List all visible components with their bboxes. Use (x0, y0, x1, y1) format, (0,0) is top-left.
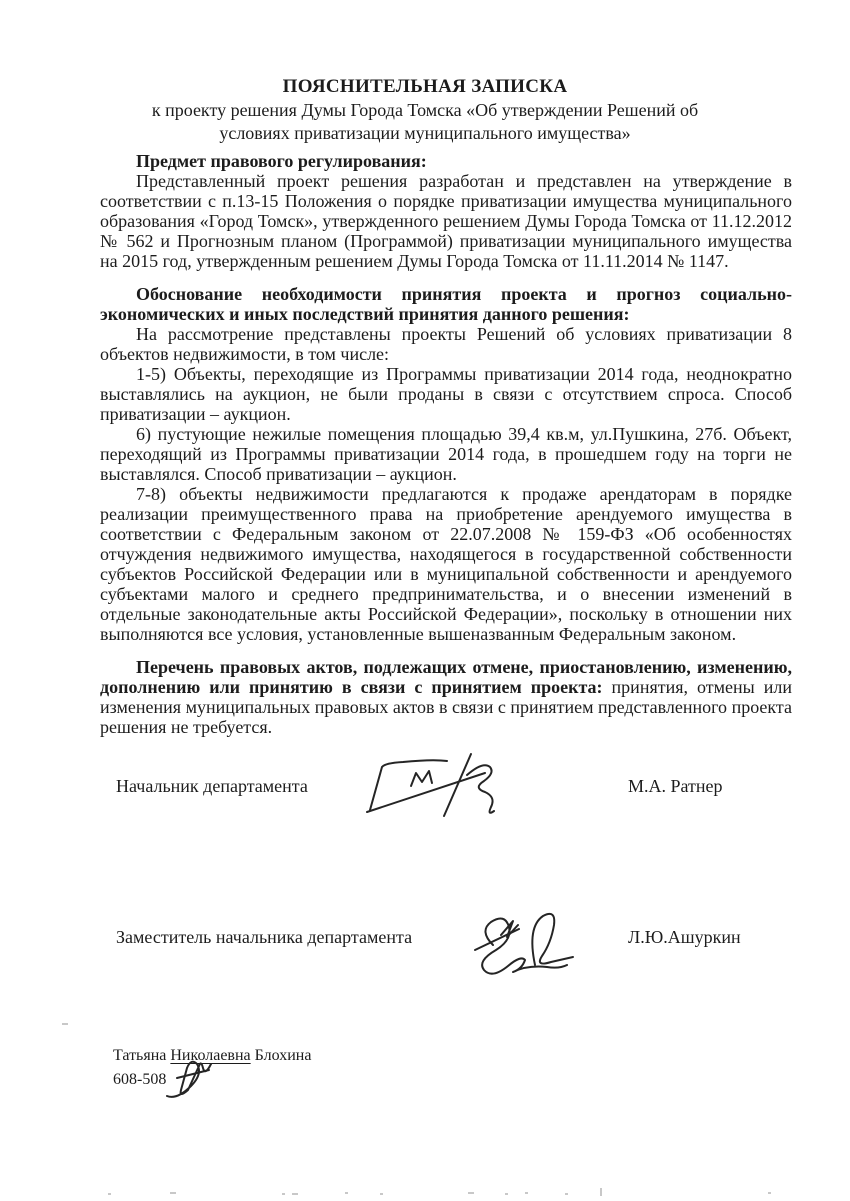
document-body: Предмет правового регулирования: Предста… (100, 151, 792, 737)
signature-name-deputy: Л.Ю.Ашуркин (628, 927, 741, 948)
scan-artifact (170, 1192, 176, 1194)
scan-artifact (108, 1193, 111, 1195)
document-subtitle: к проекту решения Думы Города Томска «Об… (125, 99, 725, 145)
scan-artifact (505, 1193, 508, 1195)
scan-artifact (525, 1192, 528, 1194)
scan-artifact (768, 1192, 771, 1194)
scan-artifact (62, 1023, 68, 1025)
section-heading-justification: Обоснование необходимости принятия проек… (100, 284, 792, 324)
paragraph-items-1-5: 1-5) Объекты, переходящие из Программы п… (100, 364, 792, 424)
scan-artifact (345, 1192, 348, 1194)
scan-artifact (600, 1188, 602, 1196)
scan-artifact (292, 1193, 298, 1195)
paragraph-item-6: 6) пустующие нежилые помещения площадью … (100, 424, 792, 484)
scan-artifact (282, 1193, 285, 1195)
scan-artifact (380, 1193, 383, 1195)
scanned-document-page: ПОЯСНИТЕЛЬНАЯ ЗАПИСКА к проекту решения … (0, 0, 850, 1201)
signature-position-head: Начальник департамента (116, 776, 308, 797)
paragraph-subject-body: Представленный проект решения разработан… (100, 171, 792, 271)
scan-artifact (565, 1193, 568, 1195)
signature-position-deputy: Заместитель начальника департамента (116, 927, 412, 948)
handwritten-paraph-blokhina (163, 1056, 233, 1101)
paragraph-items-7-8: 7-8) объекты недвижимости предлагаются к… (100, 484, 792, 644)
signature-name-head: М.А. Ратнер (628, 776, 723, 797)
paragraph-objects-intro: На рассмотрение представлены проекты Реш… (100, 324, 792, 364)
paragraph-acts-list: Перечень правовых актов, подлежащих отме… (100, 657, 792, 737)
handwritten-signature-ashurkin (455, 903, 585, 993)
document-title: ПОЯСНИТЕЛЬНАЯ ЗАПИСКА (0, 76, 850, 98)
scan-artifact (468, 1192, 474, 1194)
section-heading-subject: Предмет правового регулирования: (100, 151, 792, 171)
handwritten-signature-ratner (345, 750, 495, 825)
